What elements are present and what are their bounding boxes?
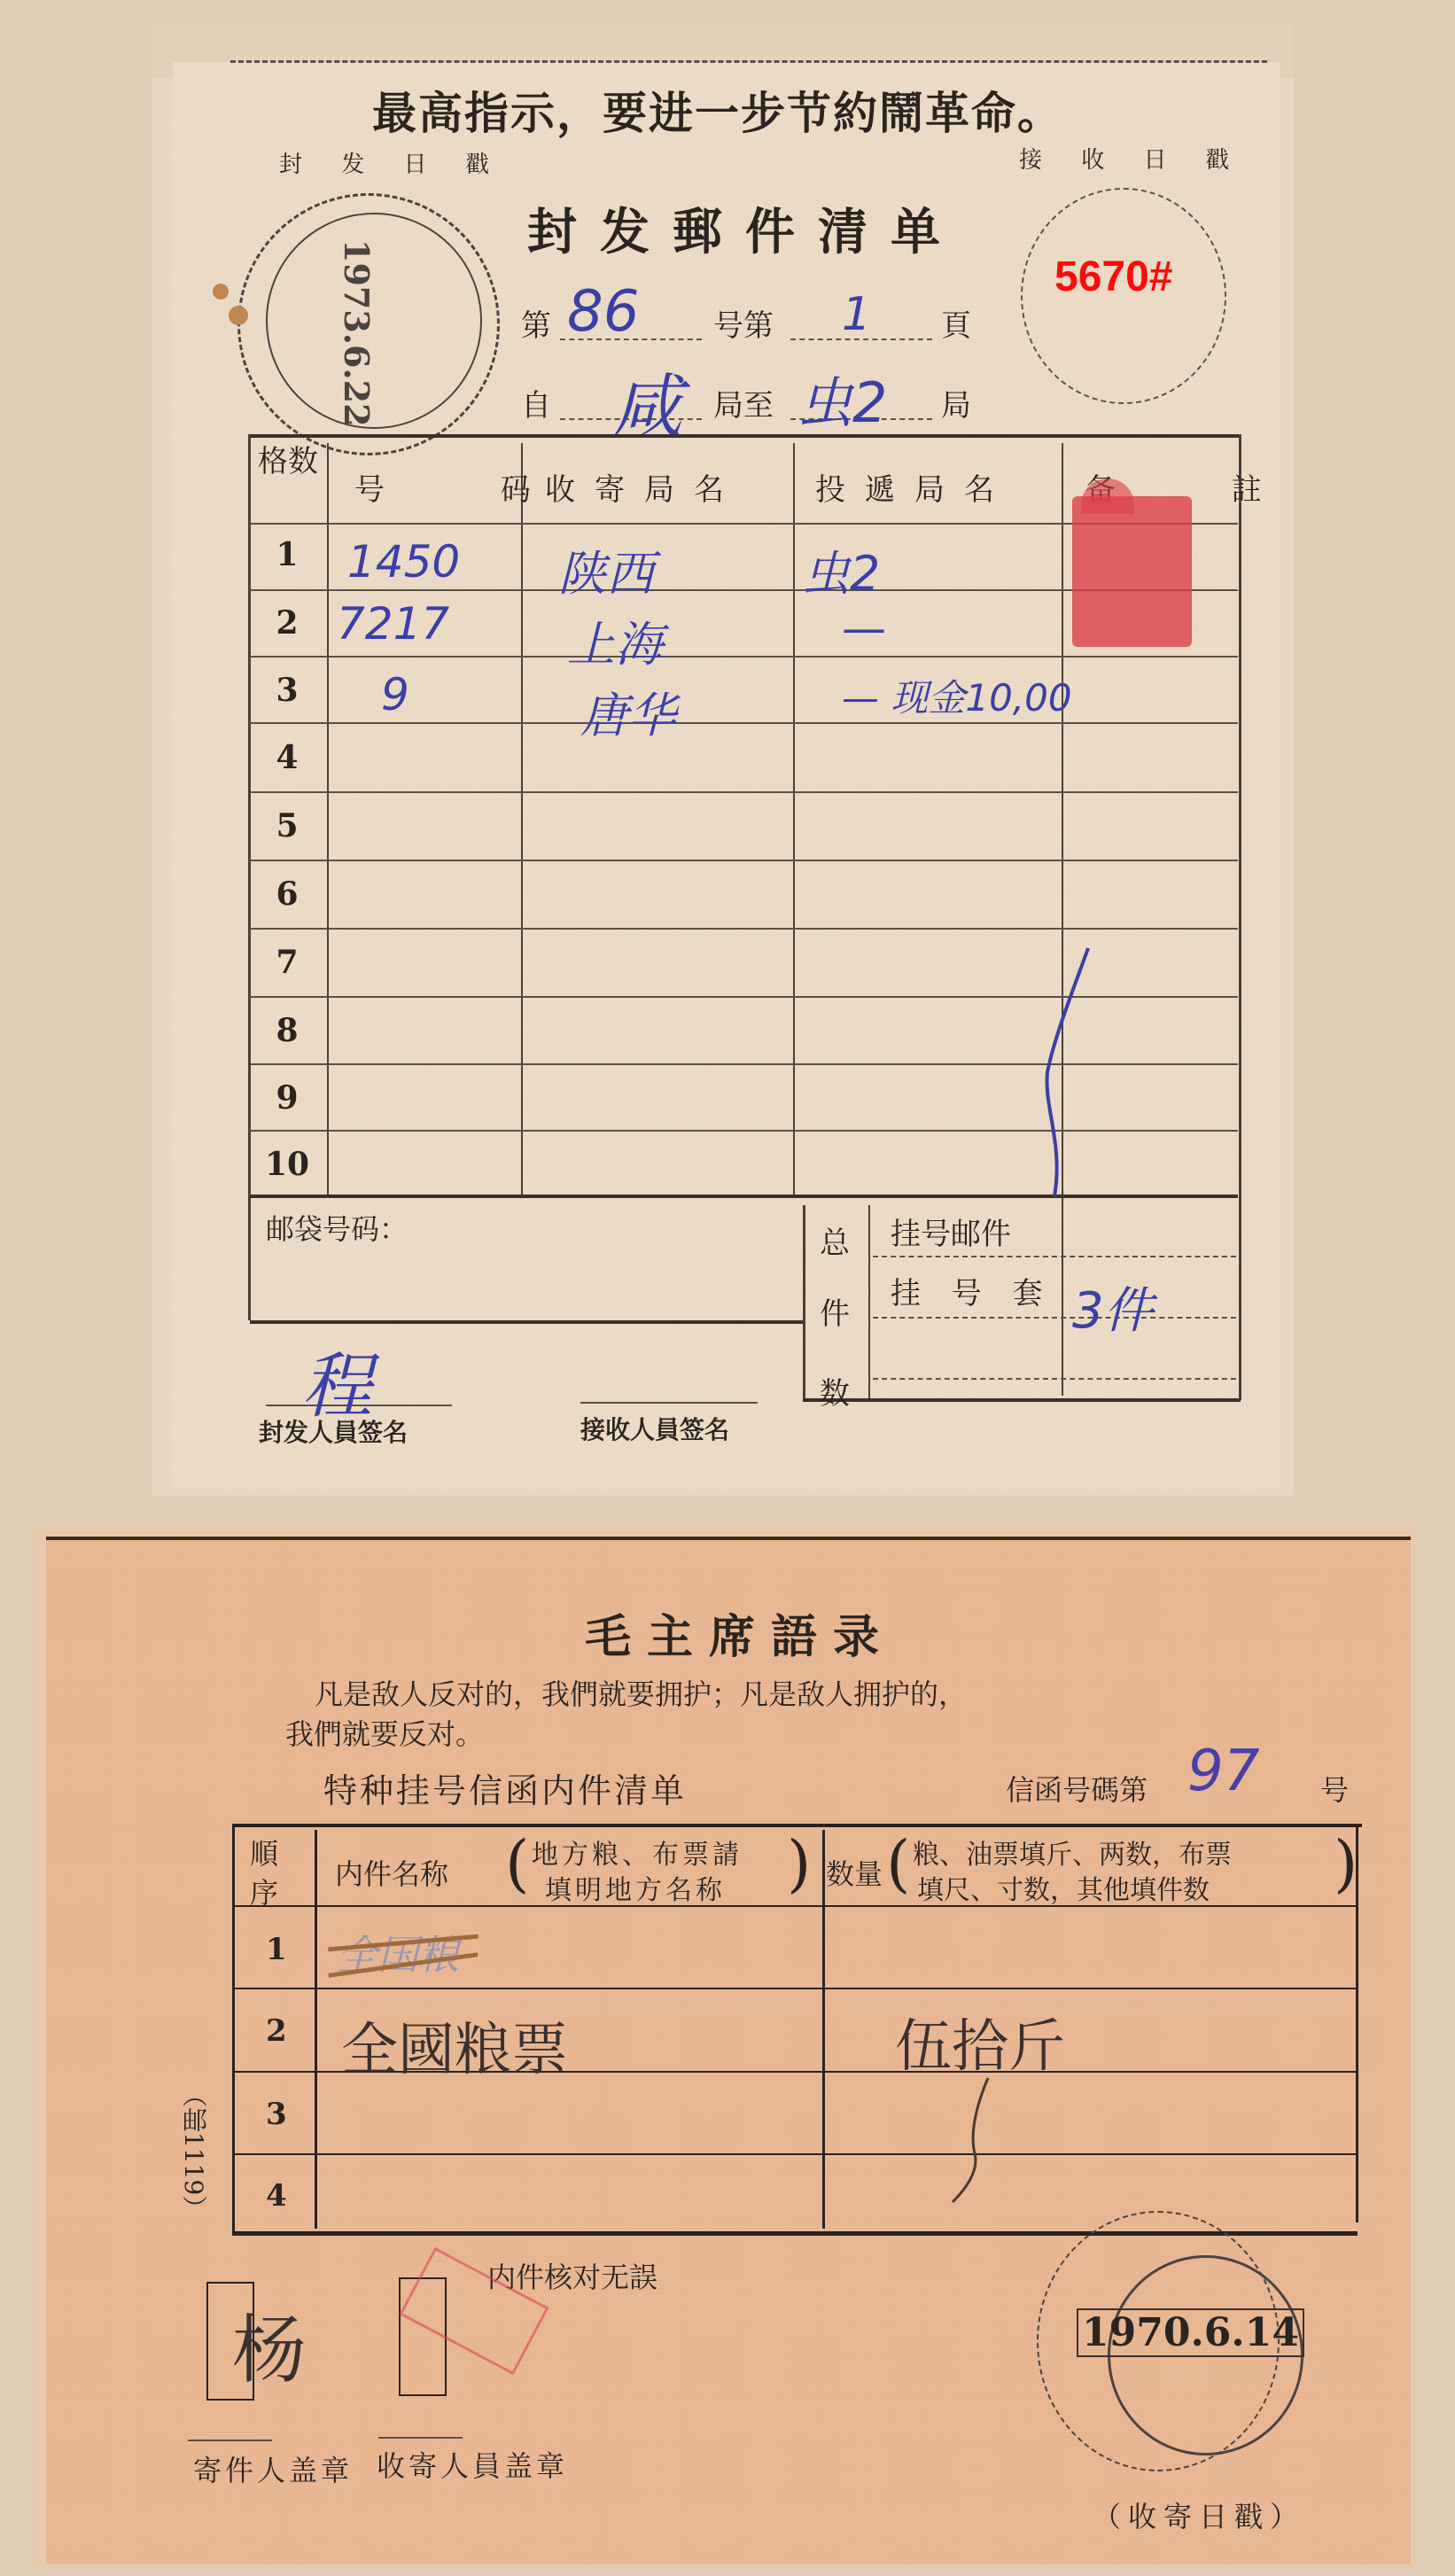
row-number: 4	[266, 2178, 287, 2214]
paren-close: )	[787, 1827, 811, 1900]
number-value[interactable]: 86	[567, 279, 639, 345]
total-box-left	[803, 1205, 805, 1400]
table2-left	[232, 1824, 235, 2231]
header-item-name: 内件名称	[335, 1852, 448, 1893]
row-number: 7	[252, 944, 323, 981]
row-number: 2	[266, 2013, 287, 2049]
bag-number-label: 邮袋号码：	[266, 1207, 408, 1248]
header-delivery-office: 投遞局名	[815, 465, 1014, 509]
col-divider	[327, 443, 329, 1196]
clerk-seal-line	[378, 2437, 463, 2439]
registered-set-label: 挂 号 套	[891, 1269, 1054, 1312]
row-number: 4	[252, 739, 323, 776]
page-value[interactable]: 1	[842, 288, 871, 341]
table2-row-line	[235, 1905, 1356, 1907]
form-top-edge	[46, 1537, 1411, 1540]
closing-stroke-icon	[939, 2074, 1010, 2206]
table-right-border	[1239, 434, 1241, 1400]
number-prefix: 第	[521, 301, 551, 345]
quotation-title: 毛主席語录	[585, 1599, 895, 1666]
table-left-border	[248, 434, 251, 1320]
row-3-receiving-office[interactable]: 唐华	[580, 678, 676, 746]
row-number: 2	[252, 604, 323, 642]
item-name-note-2: 填明地方名称	[545, 1868, 726, 1907]
total-row-line	[873, 1317, 1236, 1319]
receive-date-stamp-label: 接 收 日 戳	[1019, 142, 1245, 175]
receiver-signature-label: 接收人員签名	[580, 1411, 729, 1446]
form-code: （邮1119）	[175, 2082, 211, 2220]
header-sequence: 順序	[250, 1834, 294, 1912]
total-row-line	[873, 1256, 1236, 1257]
total-label-1: 总	[820, 1218, 850, 1262]
total-box-divider	[868, 1205, 870, 1400]
row-number: 3	[266, 2097, 287, 2132]
form-title: 封发郵件清单	[527, 193, 963, 264]
total-label-3: 数	[820, 1369, 850, 1413]
row-3-number[interactable]: 9	[381, 669, 409, 720]
row-line	[250, 722, 1238, 724]
col-divider	[793, 443, 795, 1196]
postmark-date: 1973.6.22	[337, 239, 377, 427]
table2-row-line	[235, 1988, 1356, 1989]
to-office-value[interactable]: 虫2	[798, 359, 887, 438]
sender-seal-signature[interactable]: 杨	[232, 2291, 307, 2398]
row-number: 3	[252, 672, 323, 709]
to-suffix: 局	[941, 381, 971, 424]
header-quantity: 数量	[826, 1852, 883, 1893]
row-number: 5	[252, 807, 323, 844]
total-count[interactable]: 3件	[1072, 1272, 1154, 1342]
row-number: 9	[252, 1079, 323, 1117]
red-seal-icon	[1072, 496, 1192, 647]
stain	[213, 284, 229, 300]
quotation-line-1: 凡是敌人反对的，我們就要拥护；凡是敌人拥护的，	[315, 1672, 967, 1713]
quantity-note-2: 填尺、寸数，其他填件数	[917, 1868, 1210, 1907]
send-date-stamp-label: 封 发 日 戳	[279, 146, 505, 179]
total-row-line	[873, 1378, 1236, 1380]
row-line	[250, 928, 1238, 930]
row-line	[250, 791, 1238, 793]
bag-number-bottom	[250, 1320, 804, 1324]
row-1-number[interactable]: 1450	[347, 536, 460, 588]
row-number: 10	[252, 1146, 323, 1183]
header-cell-count: 格数	[257, 443, 319, 480]
sender-signature[interactable]: 程	[301, 1329, 372, 1431]
row-line	[250, 860, 1238, 861]
table2-col-divider	[822, 1830, 825, 2229]
paren-open: (	[505, 1827, 529, 1900]
table-top-border	[248, 434, 1241, 438]
row-2-receiving-office[interactable]: 上海	[567, 607, 663, 675]
sender-seal-label: 寄件人盖章	[193, 2448, 353, 2489]
total-box-bottom	[803, 1398, 1241, 1402]
row-3-delivery-office[interactable]: — 现金10,00	[842, 669, 1072, 722]
row-number: 6	[252, 876, 323, 913]
total-label-2: 件	[820, 1289, 850, 1333]
row-1-receiving-office[interactable]: 陕西	[558, 536, 654, 604]
number-mid: 号第	[713, 301, 774, 345]
paren-open: (	[886, 1827, 910, 1900]
paren-close: )	[1334, 1827, 1358, 1900]
letter-number-prefix: 信函号碼第	[1006, 1768, 1148, 1809]
row-2-number[interactable]: 7217	[337, 598, 449, 650]
letter-number-value[interactable]: 97	[1187, 1739, 1259, 1804]
from-mid: 局至	[713, 381, 774, 424]
row-number: 1	[252, 536, 323, 573]
row-2-item[interactable]: 全國粮票	[341, 2004, 568, 2086]
postmark-date: 1970.6.14	[1077, 2308, 1304, 2357]
table2-col-divider	[315, 1830, 317, 2229]
supreme-directive: 最高指示，要进一步节約鬧革命。	[372, 78, 1063, 142]
closing-stroke-icon	[1019, 939, 1108, 1205]
quotation-line-2: 我們就要反对。	[285, 1712, 484, 1753]
item-name-note-1: 地方粮、布票請	[532, 1833, 743, 1872]
col-divider	[521, 443, 523, 1196]
registered-mail-label: 挂号邮件	[891, 1210, 1011, 1253]
perforation-line	[230, 60, 1267, 63]
row-1-delivery-office[interactable]: 虫2	[802, 536, 880, 604]
row-2-quantity[interactable]: 伍拾斤	[895, 2001, 1065, 2082]
annotation-number: 5670#	[1054, 253, 1172, 301]
stain	[229, 306, 248, 325]
receiver-signature-line	[580, 1402, 758, 1404]
postmark-label: （收寄日戳）	[1093, 2494, 1305, 2535]
from-prefix: 自	[521, 381, 551, 424]
clerk-seal-label: 收寄人員盖章	[377, 2444, 568, 2485]
header-receiving-office: 收寄局名	[545, 465, 743, 509]
page-suffix: 頁	[941, 301, 971, 345]
sender-seal-line	[188, 2440, 272, 2441]
quantity-note-1: 粮、油票填斤、两数，布票	[913, 1833, 1232, 1872]
letter-number-suffix: 号	[1320, 1768, 1349, 1809]
row-2-delivery-office[interactable]: —	[842, 603, 886, 654]
table2-row-line	[235, 2153, 1356, 2155]
row-line	[250, 656, 1238, 658]
form-subtitle: 特种挂号信函内件清单	[323, 1763, 687, 1812]
row-number: 8	[252, 1012, 323, 1049]
col-divider	[1062, 443, 1063, 1396]
row-number: 1	[266, 1932, 287, 1967]
